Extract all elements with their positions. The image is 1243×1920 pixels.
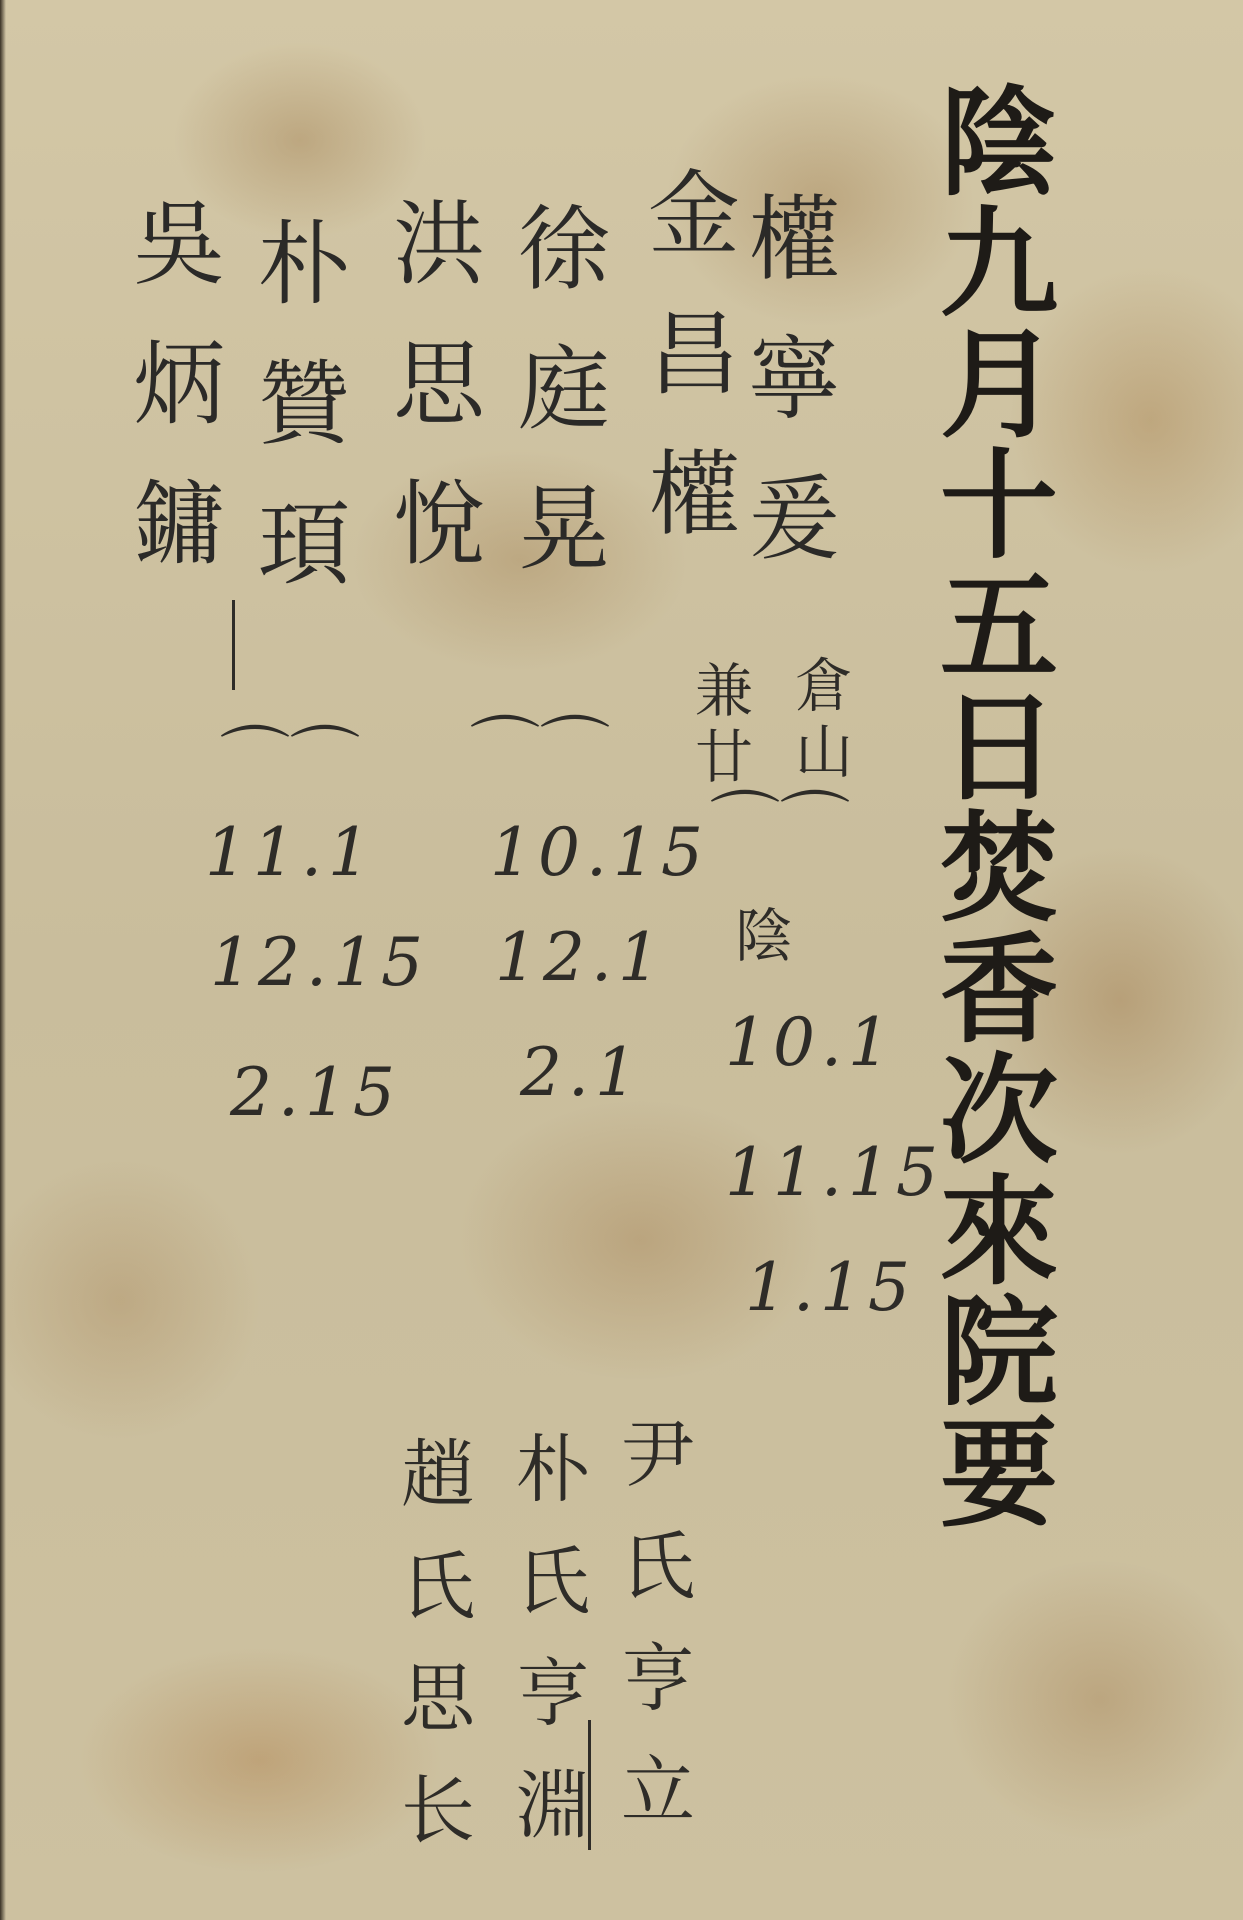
annotation-note-2: 兼廿 (690, 660, 748, 792)
annotation-note-1: 倉山 (790, 655, 848, 787)
name-column-1b: 金昌權 (640, 165, 732, 585)
group-1-date-3: 1.15 (745, 1255, 916, 1321)
document-title: 陰九月十五日焚香次來院要 (930, 80, 1048, 1532)
group-3-date-1: 11.1 (205, 820, 376, 886)
group-2-date-1: 10.15 (490, 820, 709, 886)
name-column-2b: 洪思悅 (385, 195, 477, 615)
group-1-date-2: 11.15 (725, 1140, 944, 1206)
group-2-bracket: ⌒⌒ (470, 715, 610, 785)
signature-jo: 趙氏思长 (395, 1435, 469, 1883)
group-1-date-1: 10.1 (725, 1010, 896, 1076)
paper-edge-shadow (0, 0, 6, 1920)
signature-park: 朴氏亨淵 (510, 1430, 584, 1878)
name-column-3b: 吳炳鏞 (125, 195, 217, 615)
group-2-date-3: 2.1 (520, 1040, 643, 1106)
group-3-bracket: ⌒⌒ (220, 725, 360, 795)
group-3-date-2: 12.15 (210, 930, 429, 996)
ink-tail-stroke-signature (588, 1720, 591, 1850)
signature-yun: 尹氏亨立 (615, 1415, 689, 1863)
lunar-calendar-label: 陰 (730, 905, 788, 971)
ink-tail-stroke (232, 600, 235, 690)
name-column-1a: 權寧爰 (740, 190, 832, 610)
group-3-date-3: 2.15 (230, 1060, 401, 1126)
name-column-3a: 朴贊頊 (250, 215, 342, 635)
group-1-bracket: ⌒⌒ (710, 790, 850, 860)
name-column-2a: 徐庭晃 (510, 200, 602, 620)
group-2-date-2: 12.1 (495, 925, 666, 991)
